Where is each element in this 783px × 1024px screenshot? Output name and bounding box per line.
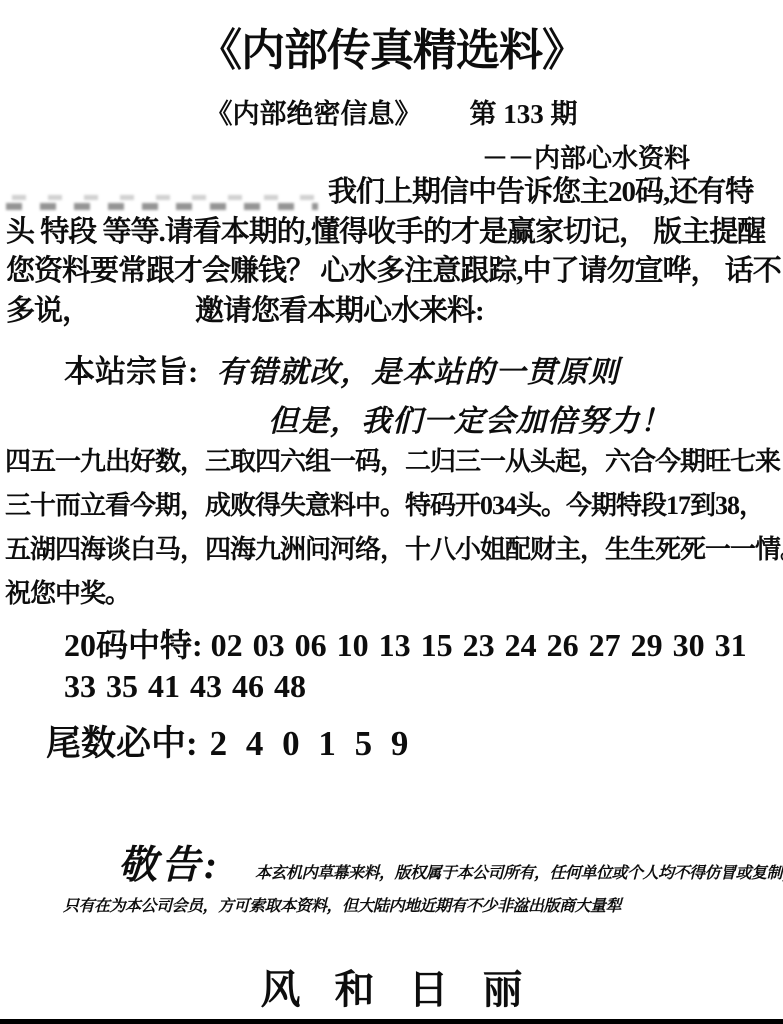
page-title: 《内部传真精选料》 bbox=[0, 14, 783, 78]
erased-text-smudge bbox=[6, 183, 318, 213]
notice-label: 敬告: bbox=[118, 834, 221, 890]
intro-line-3: 您资料要常跟才会赚钱？ 心水多注意跟踪,中了请勿宣哗， 话不 bbox=[6, 252, 779, 292]
intro-line-4-start: 多说， bbox=[6, 295, 90, 327]
footer-title: 风和日丽 bbox=[0, 958, 783, 1015]
tips-paragraph: 四五一九出好数，三取四六组一码，二归三一从头起，六合今期旺七来 三十而立看今期，… bbox=[5, 440, 779, 616]
tips-line-4: 祝您中奖。 bbox=[5, 572, 779, 616]
picks-20-numbers-row-2: 33 35 41 43 46 48 bbox=[64, 668, 306, 705]
subtitle-row: 《内部绝密信息》第 133 期 bbox=[0, 92, 783, 131]
scan-edge-bar bbox=[0, 1019, 783, 1024]
tail-numbers-row: 尾数必中:2 4 0 1 5 9 bbox=[46, 716, 410, 766]
notice-line-1-text: 本玄机内草幕来料，版权属于本公司所有，任何单位或个人均不得仿冒或复制， bbox=[255, 865, 783, 882]
intro-invitation: 邀请您看本期心水来料: bbox=[195, 295, 484, 327]
subtitle: 《内部绝密信息》 bbox=[206, 99, 422, 129]
picks-20-row-1: 20码中特:02 03 06 10 13 15 23 24 26 27 29 3… bbox=[64, 620, 747, 666]
motto-label: 本站宗旨: bbox=[64, 354, 198, 389]
tips-line-3: 五湖四海谈白马，四海九洲问河络，十八小姐配财主，生生死死一一情。 bbox=[5, 528, 779, 572]
tips-line-1: 四五一九出好数，三取四六组一码，二归三一从头起，六合今期旺七来 bbox=[5, 440, 779, 484]
notice-block: 敬告:本玄机内草幕来料，版权属于本公司所有，任何单位或个人均不得仿冒或复制， 只… bbox=[63, 834, 768, 916]
intro-line-1-text: 我们上期信中告诉您主20码,还有特 bbox=[328, 173, 753, 213]
fax-document-page: 《内部传真精选料》 《内部绝密信息》第 133 期 －－内部心水资料 我们上期信… bbox=[0, 0, 783, 1024]
intro-line-1: 我们上期信中告诉您主20码,还有特 bbox=[6, 173, 779, 213]
picks-20-label: 20码中特: bbox=[64, 627, 203, 663]
intro-line-4: 多说，邀请您看本期心水来料: bbox=[6, 292, 779, 332]
tail-numbers-label: 尾数必中: bbox=[46, 724, 198, 763]
intro-paragraph: 我们上期信中告诉您主20码,还有特 头 特段 等等.请看本期的,懂得收手的才是赢… bbox=[6, 173, 779, 331]
tagline: －－内部心水资料 bbox=[0, 138, 690, 175]
motto-row-1: 本站宗旨:有错就改，是本站的一贯原则 bbox=[64, 346, 619, 391]
notice-line-1: 敬告:本玄机内草幕来料，版权属于本公司所有，任何单位或个人均不得仿冒或复制， bbox=[63, 834, 768, 890]
picks-20-numbers-row-1: 02 03 06 10 13 15 23 24 26 27 29 30 31 bbox=[211, 627, 747, 663]
intro-line-2: 头 特段 等等.请看本期的,懂得收手的才是赢家切记， 版主提醒 bbox=[6, 213, 779, 253]
motto-line-1: 有错就改，是本站的一贯原则 bbox=[216, 356, 619, 389]
motto-line-2: 但是，我们一定会加倍努力！ bbox=[268, 396, 671, 440]
tail-numbers-digits: 2 4 0 1 5 9 bbox=[210, 724, 411, 763]
issue-number: 第 133 期 bbox=[470, 99, 578, 129]
tips-line-2: 三十而立看今期，成败得失意料中。特码开034头。今期特段17到38， bbox=[5, 484, 779, 528]
notice-line-2: 只有在为本公司会员，方可索取本资料，但大陆内地近期有不少非湓出版商大量犁 bbox=[63, 893, 768, 916]
